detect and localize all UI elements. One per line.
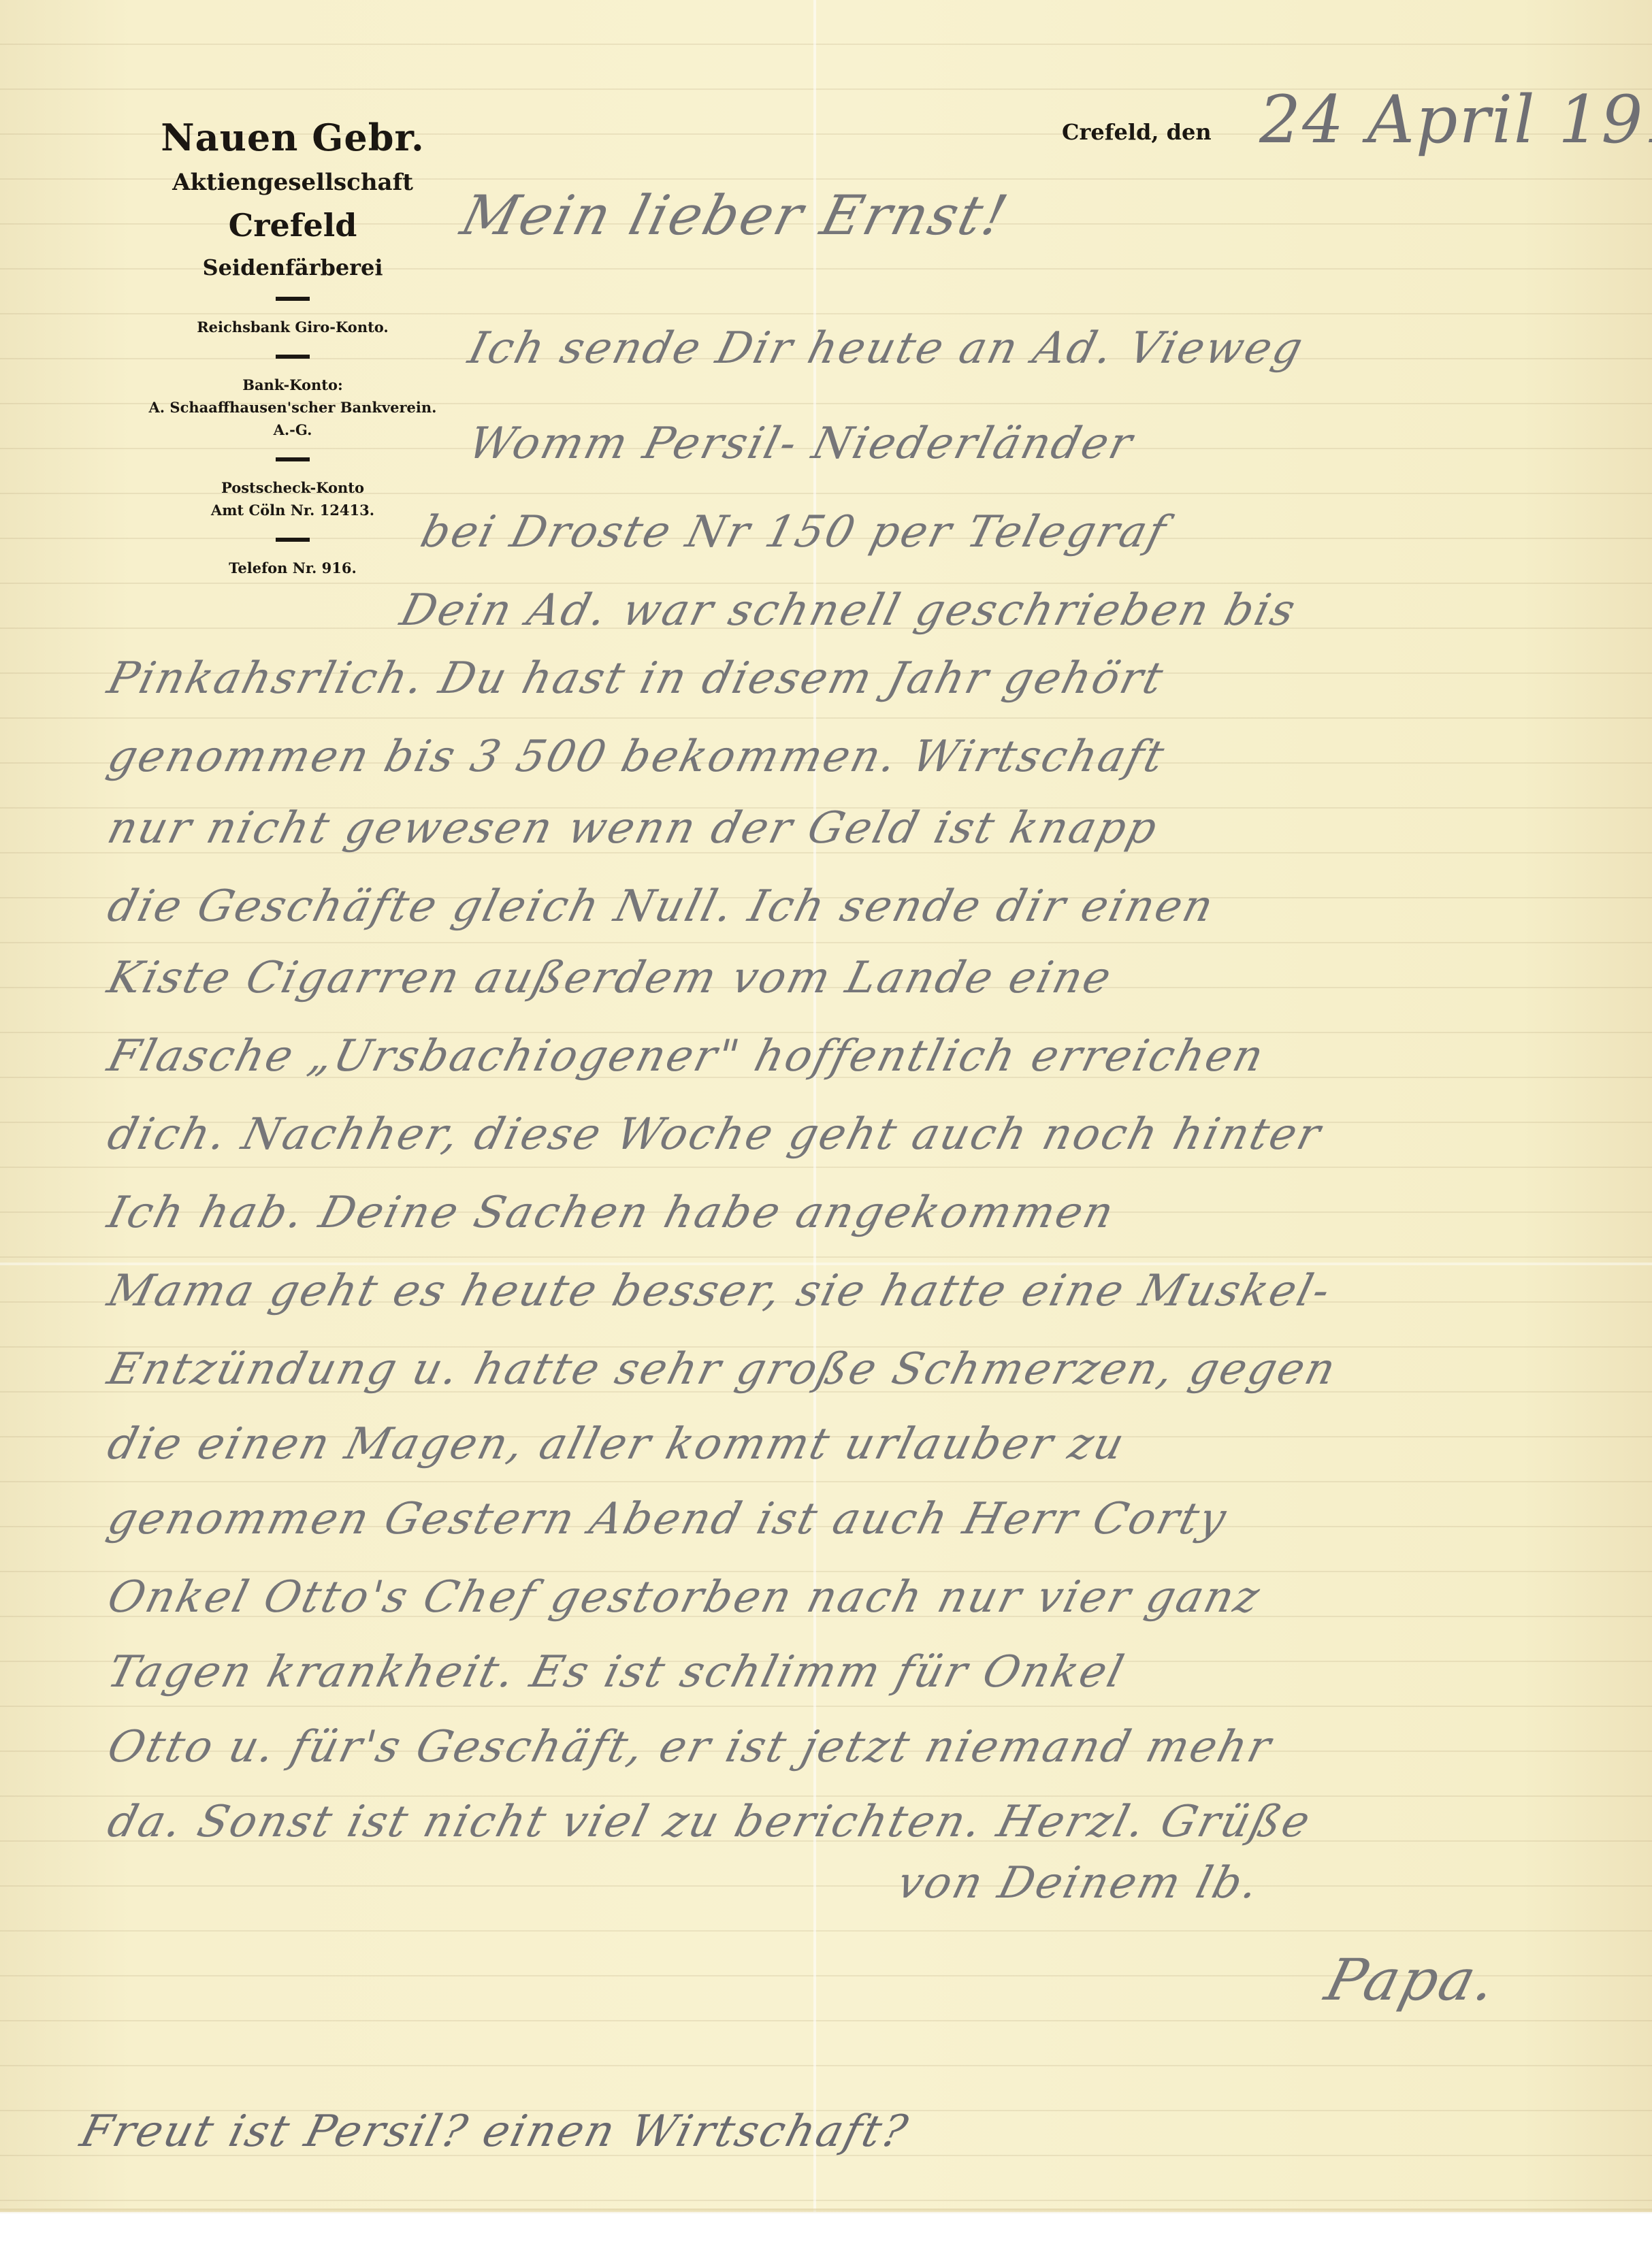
letter-line: Flasche „Ursbachiogener" hoffentlich err… [103, 1031, 1270, 1081]
letter-line: genommen bis 3 500 bekommen. Wirtschaft [103, 732, 1171, 782]
company-trade: Seidenfärberei [95, 255, 490, 280]
letter-line: bei Droste Nr 150 per Telegraf [416, 507, 1173, 557]
letter-line: dich. Nachher, diese Woche geht auch noc… [103, 1109, 1327, 1160]
bank-suffix: A.-G. [95, 419, 490, 441]
dateline: Crefeld, den 24 April 1917 [1062, 119, 1212, 145]
letter-line: Ich hab. Deine Sachen habe angekommen [103, 1188, 1120, 1238]
letter-line: nur nicht gewesen wenn der Geld ist knap… [103, 803, 1164, 853]
divider [276, 297, 310, 301]
letter-line: die Geschäfte gleich Null. Ich sende dir… [103, 881, 1220, 932]
letter-line: Kiste Cigarren außerdem vom Lande eine [103, 953, 1118, 1003]
letter-line: da. Sonst ist nicht viel zu berichten. H… [103, 1797, 1317, 1847]
bank-name: A. Schaaffhausen'scher Bankverein. [95, 396, 490, 419]
letter-line: Womm Persil- Niederländer [464, 419, 1139, 469]
letter-line: Onkel Otto's Chef gestorben nach nur vie… [103, 1572, 1267, 1623]
letter-line: Tagen krankheit. Es ist schlimm für Onke… [103, 1647, 1131, 1697]
letter-line: Ich sende Dir heute an Ad. Vieweg [464, 323, 1310, 374]
reichsbank-account: Reichsbank Giro-Konto. [95, 316, 490, 338]
letter-paper: Nauen Gebr. Aktiengesellschaft Crefeld S… [0, 0, 1652, 2212]
divider [276, 457, 310, 461]
paper-bottom-edge [0, 2209, 1652, 2214]
company-city: Crefeld [95, 207, 490, 244]
divider [276, 538, 310, 542]
salutation: Mein lieber Ernst! [455, 184, 1015, 247]
letter-line: genommen Gestern Abend ist auch Herr Cor… [103, 1494, 1233, 1544]
bank-account-label: Bank-Konto: [95, 374, 490, 396]
horizontal-fold-crease [0, 1263, 1652, 1265]
signature: Papa. [1319, 1947, 1505, 2013]
letter-line: Dein Ad. war schnell geschrieben bis [395, 585, 1302, 636]
letter-line: Mama geht es heute besser, sie hatte ein… [103, 1266, 1337, 1316]
telephone-number: Telefon Nr. 916. [95, 557, 490, 579]
dateline-printed: Crefeld, den [1062, 119, 1212, 145]
postscript-note: Freut ist Persil? einen Wirtschaft? [76, 2106, 914, 2157]
divider [276, 355, 310, 359]
letter-line: Pinkahsrlich. Du hast in diesem Jahr geh… [103, 653, 1170, 704]
letter-line: Entzündung u. hatte sehr große Schmerzen… [103, 1344, 1342, 1395]
closing-line: von Deinem lb. [892, 1858, 1265, 1908]
postscheck-label: Postscheck-Konto [95, 476, 490, 499]
letter-line: die einen Magen, aller kommt urlauber zu [103, 1419, 1131, 1469]
dateline-handwritten-date: 24 April 1917 [1259, 82, 1652, 158]
company-name: Nauen Gebr. [95, 116, 490, 159]
company-legal-form: Aktiengesellschaft [95, 169, 490, 196]
letter-line: Otto u. für's Geschäft, er ist jetzt nie… [103, 1722, 1278, 1772]
